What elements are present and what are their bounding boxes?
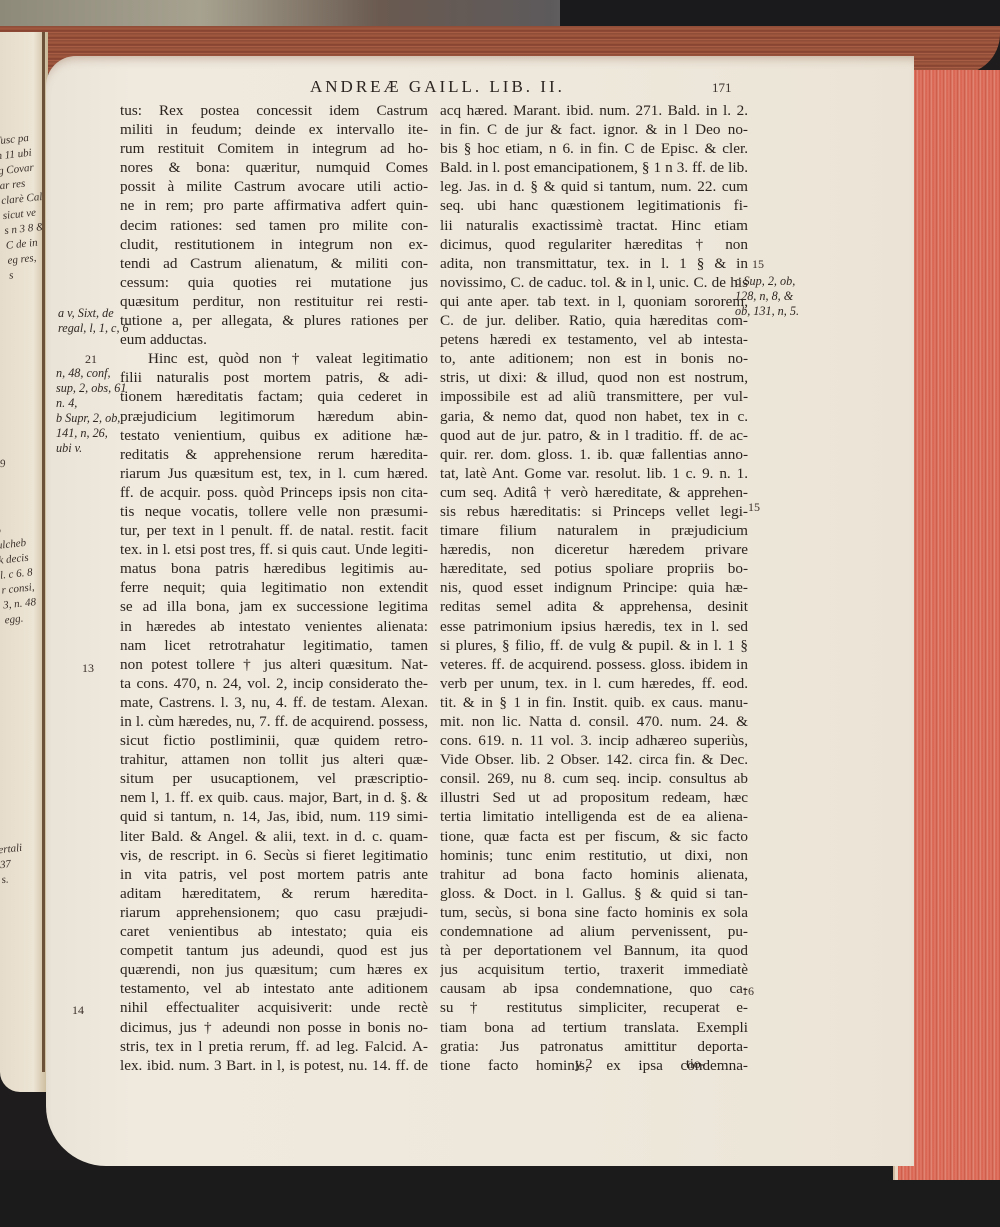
text-line: dicimus, quod regulariter hæreditas † no… bbox=[440, 235, 748, 254]
text-line: qui ante aper. tab text. in l, quoniam s… bbox=[440, 292, 748, 311]
text-line: possit à milite Castrum avocare utili ac… bbox=[120, 177, 428, 196]
left-page-note-bottom: ertali 37 s. bbox=[0, 841, 26, 888]
text-line: tione, quæ facta est per fiscum, & sic f… bbox=[440, 827, 748, 846]
text-line: non potest tollere † jus alteri quæsitum… bbox=[120, 655, 428, 674]
text-line: cum seq. Aditâ † verò hæreditate, & appr… bbox=[440, 483, 748, 502]
text-line: causam ab ipsa condemnatione, quo ca- bbox=[440, 979, 748, 998]
text-line: lex. ibid. num. 3 Bart. in l, is potest,… bbox=[120, 1056, 428, 1075]
margin-note-a: a v, Sixt, de regal, l, 1, c, 6 bbox=[58, 306, 129, 336]
left-page-num: 9 bbox=[0, 457, 6, 472]
margin-number-13: 13 bbox=[82, 661, 94, 676]
text-line: gloss. & Doct. in l. Gallus. § & quid si… bbox=[440, 884, 748, 903]
text-line: stris, tex in l pretia rerum, ff. ad leg… bbox=[120, 1037, 428, 1056]
text-line: trahitur, attamen non tollit jus alteri … bbox=[120, 750, 428, 769]
text-line: riarum Jus quæsitum est, tex, in l. cum … bbox=[120, 464, 428, 483]
text-line: ta cons. 470, n. 24, vol. 2, incip consi… bbox=[120, 674, 428, 693]
text-line: hominis; tunc enim restitutio, ut dixi, … bbox=[440, 846, 748, 865]
text-line: filii naturalis post mortem patris, & ad… bbox=[120, 368, 428, 387]
margin-number-16: 16 bbox=[742, 984, 754, 999]
text-line: tendi ad Castrum alienatum, & militi con… bbox=[120, 254, 428, 273]
text-line: ferre nequit; quia legitimatio non exten… bbox=[120, 578, 428, 597]
text-line: caret venientibus ab intestato; quia eis bbox=[120, 922, 428, 941]
text-line: Hinc est, quòd non † valeat legitimatio bbox=[120, 349, 428, 368]
margin-number-15: 15 bbox=[752, 257, 764, 272]
text-line: cessum: quia quoties rei mutatione jus bbox=[120, 273, 428, 292]
text-line: tat, latè Ant. Gome var. resolut. lib. 1… bbox=[440, 464, 748, 483]
text-line: testamento, vel ab intestato ante aditio… bbox=[120, 979, 428, 998]
text-line: nores & bona: quæritur, numquid Comes bbox=[120, 158, 428, 177]
text-line: Bald. in l. post emancipationem, § 1 n 3… bbox=[440, 158, 748, 177]
text-line: tionem hæreditatis factam; quia cederet … bbox=[120, 387, 428, 406]
margin-number-21: 21 bbox=[85, 352, 97, 367]
text-line: reditas semel adita & apprehensa, desini… bbox=[440, 597, 748, 616]
text-line: nihil effectualiter acquisiverit: unde r… bbox=[120, 998, 428, 1017]
text-line: ne in rem; pro parte affirmativa adfert … bbox=[120, 196, 428, 215]
text-line: tertia limitatio intelligenda est de ea … bbox=[440, 807, 748, 826]
text-line: jus acquisitum tertio, traxerit immediat… bbox=[440, 960, 748, 979]
text-line: quæsitum perditur, non restituitur rei r… bbox=[120, 292, 428, 311]
text-line: quærendi, non jus quæsitum; cum hæres ex bbox=[120, 960, 428, 979]
text-line: C. de jur. deliber. Ratio, quia hæredita… bbox=[440, 311, 748, 330]
text-line: quod aut de jur. patro, & in l traditio.… bbox=[440, 426, 748, 445]
text-line: in hæredes ab intestato venientes aliena… bbox=[120, 617, 428, 636]
text-line: stris, ut dixi: & illud, quod non est no… bbox=[440, 368, 748, 387]
text-line: condemnatione ad alium pervenissent, pu- bbox=[440, 922, 748, 941]
text-line: præjudicium legitimorum hæredum abin- bbox=[120, 407, 428, 426]
text-line: leg. Jas. in d. § & quid si tantum, num.… bbox=[440, 177, 748, 196]
text-line: situm per usucaptionem, vel præscriptio- bbox=[120, 769, 428, 788]
text-line: seq. ubi hanc quæstionem legitimationis … bbox=[440, 196, 748, 215]
text-line: esse patrimonium ipsius hæredis, tex in … bbox=[440, 617, 748, 636]
gutter-line bbox=[42, 32, 45, 1072]
text-line: sicut fictio postliminii, quæ quidem ret… bbox=[120, 731, 428, 750]
text-line: rum restituit Comitem in integrum ad ho- bbox=[120, 139, 428, 158]
text-line: su † restitutus simpliciter, recuperat e… bbox=[440, 998, 748, 1017]
text-line: competit tantum jus adeundi, quod est ju… bbox=[120, 941, 428, 960]
left-page-sliver: Tusc pa n 11 ubi g Covar ar res clarè Ca… bbox=[0, 32, 48, 1092]
text-line: nem l, 1. ff. ex quib. caus. major, Bart… bbox=[120, 788, 428, 807]
text-line: si plures, § filio, ff. de vulg & pupil.… bbox=[440, 636, 748, 655]
text-line: liter Bald. & Angel. & alii, text. in d.… bbox=[120, 827, 428, 846]
text-line: Vide Obser. lib. 2 Obser. 142. circa fin… bbox=[440, 750, 748, 769]
bottom-background bbox=[0, 1170, 1000, 1227]
text-line: hæredis, non diceretur hæredem privare bbox=[440, 540, 748, 559]
text-line: gratia: Jus patronatus amittitur deporta… bbox=[440, 1037, 748, 1056]
text-line: illustri Sed ut ad propositum redeam, hæ… bbox=[440, 788, 748, 807]
text-line: hæreditate, sed potius spoliare propriis… bbox=[440, 559, 748, 578]
text-line: acq hæred. Marant. ibid. num. 271. Bald.… bbox=[440, 101, 748, 120]
text-line: dicimus, jus † adeundi non posse in boni… bbox=[120, 1018, 428, 1037]
text-line: decim rationes: sed tamen pro milite con… bbox=[120, 216, 428, 235]
text-line: novissimo, C. de caduc. tol. & in l, uni… bbox=[440, 273, 748, 292]
text-line: matus bona patris hæredibus legitimis au… bbox=[120, 559, 428, 578]
text-line: tum, secùs, si bona sine facto hominis e… bbox=[440, 903, 748, 922]
text-line: tis neque vocatis, tollere velle non præ… bbox=[120, 502, 428, 521]
background-dark-top bbox=[560, 0, 1000, 26]
margin-note-b: n, 48, conf, sup, 2, obs, 61 n. 4, b Sup… bbox=[56, 366, 126, 456]
text-line: to, ante aditionem; non est in bonis no- bbox=[440, 349, 748, 368]
text-line: timare filium naturalem in præjudicium bbox=[440, 521, 748, 540]
text-line: bis § hoc etiam, n 6. in fin. C de Episc… bbox=[440, 139, 748, 158]
text-line: ff. de acquir. poss. quòd Princeps ipsis… bbox=[120, 483, 428, 502]
text-line: trahitur ad bona facto hominis alienata, bbox=[440, 865, 748, 884]
page-number: 171 bbox=[712, 80, 732, 96]
text-line: cludit, restitutionem in integrum non ex… bbox=[120, 235, 428, 254]
text-line: adita, non transmittatur, tex. in l. 1 §… bbox=[440, 254, 748, 273]
margin-number-15b: 15 bbox=[748, 500, 760, 515]
text-line: verb per unum, tex. in l. cum hæredes, f… bbox=[440, 674, 748, 693]
text-line: in vita patris, vel post mortem patris a… bbox=[120, 865, 428, 884]
text-line: tex. in l. etsi post tres, ff. si quis c… bbox=[120, 540, 428, 559]
text-line: garia, & nemo dat, quod non habet, tex i… bbox=[440, 407, 748, 426]
left-text-column: tus: Rex postea concessit idem Castrummi… bbox=[120, 101, 428, 1075]
text-line: quir. rer. dom. gloss. 1. ib. quæ fallen… bbox=[440, 445, 748, 464]
catchword: tio- bbox=[686, 1057, 705, 1073]
text-line: mate, Castrens. l. 3, nu, 4. ff. de test… bbox=[120, 693, 428, 712]
text-line: nis, quod esset indignum Principe: quia … bbox=[440, 578, 748, 597]
left-page-note-middle: o ulcheb k decis l. c 6. 8 r consi, 3, n… bbox=[0, 521, 38, 629]
text-line: in l. cùm hæredes, nu, 7. ff. de acquire… bbox=[120, 712, 428, 731]
signature-mark: y 2 bbox=[575, 1057, 593, 1073]
margin-note-c: c Sup, 2, ob, 128, n, 8, & ob, 131, n, 5… bbox=[735, 274, 799, 319]
right-text-column: acq hæred. Marant. ibid. num. 271. Bald.… bbox=[440, 101, 748, 1075]
text-line: mit. non lic. Natta d. consil. 470. num.… bbox=[440, 712, 748, 731]
text-line: lii naturalis exactissimè tractat. Hinc … bbox=[440, 216, 748, 235]
text-line: aditam hæreditatem, & rerum hæredita- bbox=[120, 884, 428, 903]
text-line: tit. & in § 1 in fin. Instit. quib. ex c… bbox=[440, 693, 748, 712]
text-line: eum adductas. bbox=[120, 330, 428, 349]
text-line: riarum apprehensionem; quo casu præjudi- bbox=[120, 903, 428, 922]
text-line: quid si tantum, n. 14, Jas, ibid, num. 1… bbox=[120, 807, 428, 826]
text-line: cons. 619. n. 11 vol. 3. incip adhæreo s… bbox=[440, 731, 748, 750]
text-line: impossibile est ad aliũ transmittere, pe… bbox=[440, 387, 748, 406]
text-line: veteres. ff. de acquirend. possess. glos… bbox=[440, 655, 748, 674]
text-line: testato venientium, quibus ex aditione h… bbox=[120, 426, 428, 445]
margin-number-14: 14 bbox=[72, 1003, 84, 1018]
text-line: vis, de rescript. in 6. Secùs si fieret … bbox=[120, 846, 428, 865]
text-line: reditatis & apprehensione rerum hæredita… bbox=[120, 445, 428, 464]
text-line: in fin. C de jur & fact. ignor. & in l D… bbox=[440, 120, 748, 139]
text-line: petens hæredi ex testamento, vel ab inte… bbox=[440, 330, 748, 349]
text-line: tutione a, per allegata, & plures ration… bbox=[120, 311, 428, 330]
text-line: nam licet retrotrahatur legitimatio, tam… bbox=[120, 636, 428, 655]
text-line: consil. 269, nu 8. cum seq. incip. consu… bbox=[440, 769, 748, 788]
text-line: tà per deportationem vel Bannum, ita quo… bbox=[440, 941, 748, 960]
text-line: militi in feudum; deinde ex intervallo i… bbox=[120, 120, 428, 139]
text-line: se ad illa bona, jam ex successione legi… bbox=[120, 597, 428, 616]
text-line: tiam bona ad tertium translata. Exempli bbox=[440, 1018, 748, 1037]
text-line: tus: Rex postea concessit idem Castrum bbox=[120, 101, 428, 120]
text-line: sis rebus hæreditatis: si Princeps velle… bbox=[440, 502, 748, 521]
text-line: tur, per text in l penult. ff. de natal.… bbox=[120, 521, 428, 540]
running-head: ANDREÆ GAILL. LIB. II. bbox=[310, 77, 565, 97]
